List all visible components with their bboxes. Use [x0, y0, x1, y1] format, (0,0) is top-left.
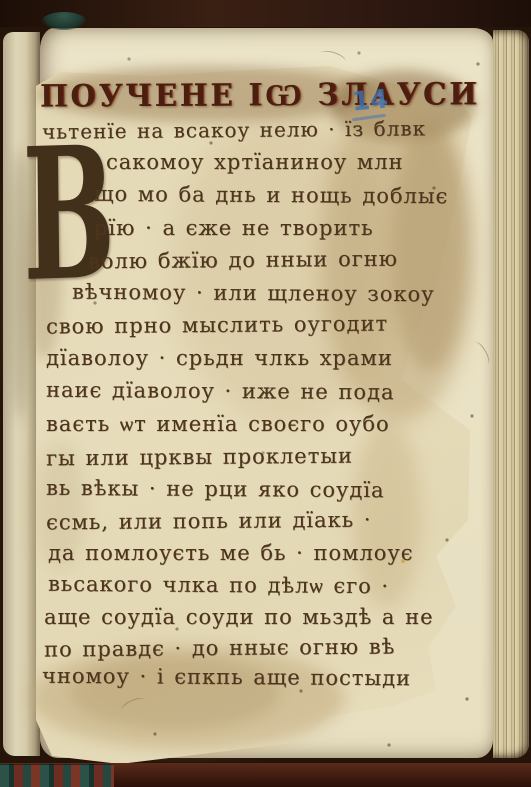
manuscript-photo: ПОУЧЕНЕ ІѠ ЗЛАУСИ 14 В чьтенїе на всакоу…: [0, 0, 531, 787]
manuscript-line: рїю · а єже не творить: [94, 216, 374, 240]
manuscript-line: єсмь, или попь или дїакь ·: [46, 508, 372, 535]
manuscript-line: чномоу · і єпкпь аще постыди: [42, 664, 411, 691]
manuscript-line: свою прно мыслить оугодит: [46, 312, 388, 339]
manuscript-line: аще соудїа соуди по мьздѣ а не: [44, 605, 434, 629]
manuscript-line: вьсакого члка по дѣлѡ єго ·: [48, 572, 389, 599]
manuscript-line: вь вѣкы · не рци яко соудїа: [46, 476, 385, 502]
manuscript-line: що мо ба днь и нощь доблыє: [94, 182, 449, 208]
manuscript-line: гы или црквы проклетыи: [46, 444, 353, 471]
manuscript-line: чьтенїе на всакоу нелю · їз блвк: [42, 116, 426, 143]
manuscript-line: сакомоу хртїаниноу млн: [106, 150, 404, 174]
headband-tuft: [42, 12, 86, 30]
manuscript-line: ваєть ѡт именїа своєго оубо: [46, 412, 390, 437]
manuscript-line: наиє дїаволоу · иже не пода: [46, 378, 395, 404]
manuscript-line: вѣчномоу · или щленоу зокоу: [72, 280, 435, 307]
manuscript-line: да помлоуєть ме бь · помлоує: [48, 541, 414, 565]
manuscript-line: волю бжїю до нныи огню: [88, 247, 398, 274]
page-fore-edge-stack: [493, 30, 529, 758]
endband-stitching: [0, 764, 114, 787]
manuscript-line: по правдє · до нныє огню вѣ: [44, 634, 395, 661]
paper-speckles: [0, 0, 2, 2]
manuscript-line: дїаволоу · срьдн члкь храми: [46, 346, 393, 370]
folio-number: 14: [351, 84, 390, 117]
